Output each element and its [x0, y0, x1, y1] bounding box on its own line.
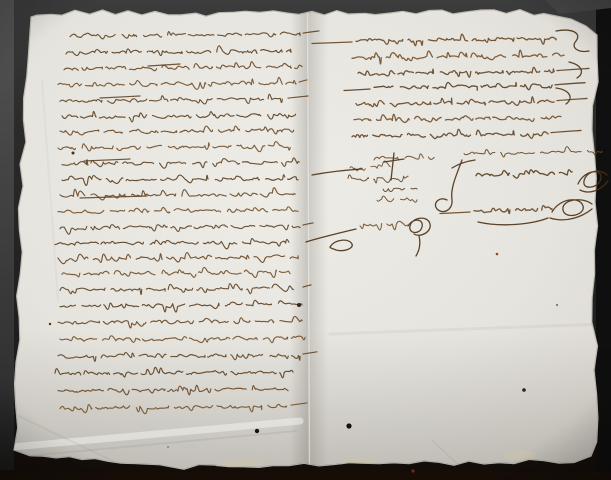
manuscript-scan-photo: Scanned two-page spread of a handwritten… [0, 0, 611, 480]
photo-vignette [0, 0, 611, 480]
vignette-overlay [0, 0, 611, 480]
manuscript-svg [0, 0, 611, 480]
